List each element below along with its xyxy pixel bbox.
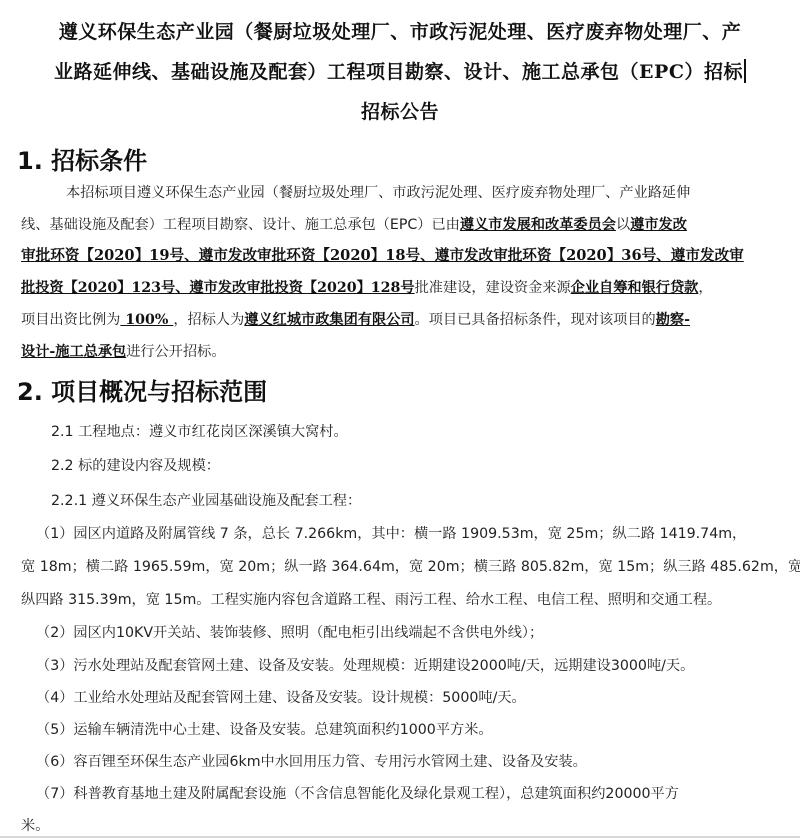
document-title-line-2-text: 业路延伸线、基础设施及配套）工程项目勘察、设计、施工总承包（EPC）招标 <box>54 61 743 83</box>
document-title-line-2[interactable]: 业路延伸线、基础设施及配套）工程项目勘察、设计、施工总承包（EPC）招标 <box>0 57 800 84</box>
underlined-emphasis: 批投资【2020】123号、遵市发改审批投资【2020】128号 <box>21 280 415 296</box>
underlined-emphasis: 设计-施工总承包 <box>21 344 126 360</box>
document-page: 遵义环保生态产业园（餐厨垃圾处理厂、市政污泥处理、医疗废弃物处理厂、产 业路延伸… <box>0 0 800 839</box>
item-2-1-location: 2.1 工程地点：遵义市红花岗区深溪镇大窝村。 <box>51 421 348 441</box>
item-2-2-1-infrastructure-heading: 2.2.1 遵义环保生态产业园基础设施及配套工程： <box>51 490 361 510</box>
page-bottom-border <box>0 836 800 838</box>
paragraph-text: 进行公开招标。 <box>126 344 225 360</box>
section-1-paragraph-line-3: 审批环资【2020】19号、遵市发改审批环资【2020】18号、遵市发改审批环资… <box>21 244 744 265</box>
paragraph-text: 本招标项目遵义环保生态产业园（餐厨垃圾处理厂、市政污泥处理、医疗废弃物处理厂、产… <box>66 185 690 201</box>
underlined-emphasis: 企业自筹和银行贷款 <box>571 280 699 296</box>
section-1-paragraph-line-5: 项目出资比例为 100% ，招标人为遵义红城市政集团有限公司。项目已具备招标条件… <box>21 309 690 329</box>
section-2-heading: 2. 项目概况与招标范围 <box>17 372 267 407</box>
sub-item-1-line-1: （1）园区内道路及附属管线 7 条，总长 7.266km，其中：横一路 1909… <box>36 523 746 543</box>
section-1-heading: 1. 招标条件 <box>17 141 147 176</box>
underlined-emphasis: 遵义市发展和改革委员会 <box>460 217 616 233</box>
sub-item-6: （6）容百锂至环保生态产业园6km中水回用压力管、专用污水管网土建、设备及安装。 <box>36 751 587 771</box>
paragraph-text: 项目出资比例为 <box>21 312 120 328</box>
underlined-emphasis: 100% <box>120 312 173 328</box>
paragraph-text: 批准建设，建设资金来源 <box>415 280 571 296</box>
sub-item-7-line-1: （7）科普教育基地土建及附属配套设施（不含信息智能化及绿化景观工程），总建筑面积… <box>36 783 679 803</box>
section-1-paragraph-line-6: 设计-施工总承包进行公开招标。 <box>21 341 226 361</box>
section-1-paragraph-line-2: 线、基础设施及配套）工程项目勘察、设计、施工总承包（EPC）已由遵义市发展和改革… <box>21 214 687 234</box>
underlined-emphasis: 遵义红城市政集团有限公司 <box>244 312 414 328</box>
paragraph-text: 。项目已具备招标条件，现对该项目的 <box>415 312 656 328</box>
document-subtitle: 招标公告 <box>0 97 800 124</box>
paragraph-text: 以 <box>616 217 630 233</box>
underlined-emphasis: 遵市发改 <box>630 217 687 233</box>
text-cursor <box>744 59 746 83</box>
sub-item-1-line-3: 纵四路 315.39m，宽 15m。工程实施内容包含道路工程、雨污工程、给水工程… <box>21 589 721 609</box>
section-1-paragraph-line-1: 本招标项目遵义环保生态产业园（餐厨垃圾处理厂、市政污泥处理、医疗废弃物处理厂、产… <box>66 182 690 202</box>
item-2-2-scope-heading: 2.2 标的建设内容及规模： <box>51 455 220 475</box>
sub-item-7-line-2: 米。 <box>21 815 49 835</box>
sub-item-2: （2）园区内10KV开关站、装饰装修、照明（配电柜引出线端起不含供电外线）； <box>36 622 543 642</box>
sub-item-3: （3）污水处理站及配套管网土建、设备及安装。处理规模：近期建设2000吨/天，远… <box>36 655 694 675</box>
underlined-emphasis: 勘察- <box>656 312 690 328</box>
paragraph-text: ， <box>698 280 712 296</box>
sub-item-4: （4）工业给水处理站及配套管网土建、设备及安装。设计规模：5000吨/天。 <box>36 687 526 707</box>
sub-item-1-line-2: 宽 18m；横二路 1965.59m，宽 20m；纵一路 364.64m，宽 2… <box>21 556 800 576</box>
document-title-line-1: 遵义环保生态产业园（餐厨垃圾处理厂、市政污泥处理、医疗废弃物处理厂、产 <box>0 17 800 44</box>
sub-item-5: （5）运输车辆清洗中心土建、设备及安装。总建筑面积约1000平方米。 <box>36 719 493 739</box>
section-1-paragraph-line-4: 批投资【2020】123号、遵市发改审批投资【2020】128号批准建设，建设资… <box>21 277 713 297</box>
underlined-emphasis: 审批环资【2020】19号、遵市发改审批环资【2020】18号、遵市发改审批环资… <box>21 247 744 264</box>
paragraph-text: 线、基础设施及配套）工程项目勘察、设计、施工总承包（EPC）已由 <box>21 217 460 233</box>
paragraph-text: ，招标人为 <box>173 312 244 328</box>
